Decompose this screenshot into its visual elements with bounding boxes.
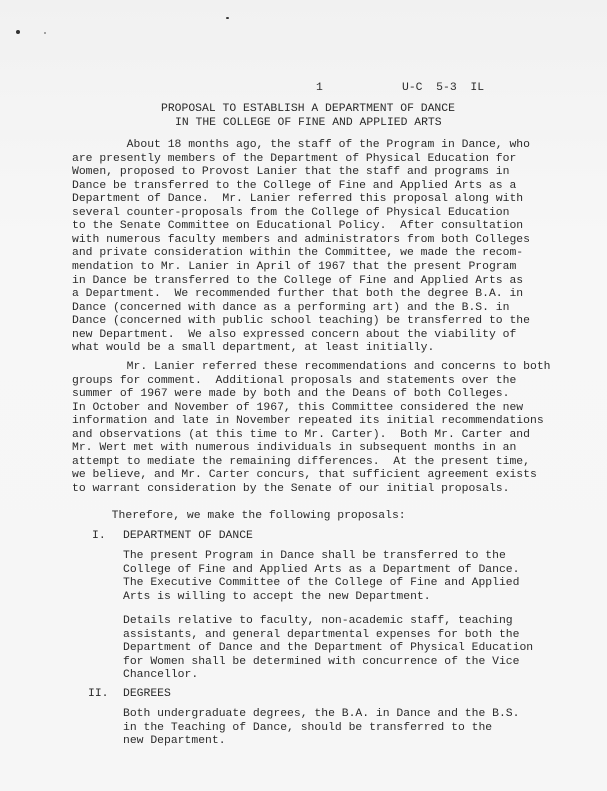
paragraph-1-line: with numerous faculty members and admini… [72, 234, 530, 248]
paragraph-2-line: Mr. Wert met with numerous individuals i… [72, 442, 516, 456]
section-heading: DEGREES [123, 688, 171, 702]
paragraph-1-line: several counter-proposals from the Colle… [72, 207, 509, 221]
paragraph-1-line: to the Senate Committee on Educational P… [72, 220, 523, 234]
document-page: 1 U-C 5-3 IL PROPOSAL TO ESTABLISH A DEP… [0, 0, 607, 791]
document-title-line-2: IN THE COLLEGE OF FINE AND APPLIED ARTS [175, 117, 442, 131]
section-paragraph-line: in the Teaching of Dance, should be tran… [123, 722, 492, 736]
paragraph-2-line: summer of 1967 were made by both and the… [72, 388, 509, 402]
section-paragraph-line: new Department. [123, 735, 226, 749]
paragraph-1-line: Dance be transferred to the College of F… [72, 180, 516, 194]
punch-mark [16, 30, 20, 34]
section-paragraph-line: The Executive Committee of the College o… [123, 577, 519, 591]
page-number: 1 [316, 82, 323, 94]
paper-crease [0, 0, 41, 11]
section-paragraph-line: Arts is willing to accept the new Depart… [123, 591, 431, 605]
paragraph-1-line: new Department. We also expressed concer… [72, 329, 516, 343]
paragraph-2-line: to warrant consideration by the Senate o… [72, 483, 509, 497]
section-paragraph-line: for Women shall be determined with concu… [123, 656, 519, 670]
section-paragraph-line: College of Fine and Applied Arts as a De… [123, 564, 519, 578]
paragraph-1-line: and private consideration within the Com… [72, 247, 523, 261]
paragraph-1-line: Department of Dance. Mr. Lanier referred… [72, 193, 523, 207]
section-paragraph-line: The present Program in Dance shall be tr… [123, 550, 506, 564]
section-numeral: II. [88, 688, 109, 702]
proposals-intro: Therefore, we make the following proposa… [57, 510, 406, 524]
paragraph-1-line: a Department. We recommended further tha… [72, 288, 523, 302]
paragraph-2-line: information and late in November repeate… [72, 415, 544, 429]
paragraph-1-line: are presently members of the Department … [72, 153, 516, 167]
ink-speck [226, 17, 229, 19]
section-paragraph-line: Chancellor. [123, 669, 198, 683]
section-paragraph-line: assistants, and general departmental exp… [123, 629, 519, 643]
paragraph-2-line: groups for comment. Additional proposals… [72, 375, 516, 389]
section-paragraph-line: Both undergraduate degrees, the B.A. in … [123, 708, 519, 722]
paragraph-2-line: Mr. Lanier referred these recommendation… [72, 361, 551, 375]
paragraph-1-line: Dance (concerned with public school teac… [72, 315, 530, 329]
section-heading: DEPARTMENT OF DANCE [123, 530, 253, 544]
section-numeral: I. [92, 530, 106, 544]
paragraph-2-line: attempt to mediate the remaining differe… [72, 456, 530, 470]
document-code: U-C 5-3 IL [402, 82, 484, 94]
paragraph-2-line: and observations (at this time to Mr. Ca… [72, 429, 530, 443]
paragraph-1-line: what would be a small department, at lea… [72, 342, 434, 356]
paragraph-1-line: Women, proposed to Provost Lanier that t… [72, 166, 509, 180]
section-paragraph-line: Department of Dance and the Department o… [123, 642, 533, 656]
paragraph-1-line: About 18 months ago, the staff of the Pr… [72, 139, 530, 153]
paragraph-2-line: we believe, and Mr. Carter concurs, that… [72, 469, 537, 483]
paragraph-1-line: Dance (concerned with dance as a perform… [72, 302, 509, 316]
paragraph-1-line: in Dance be transferred to the College o… [72, 275, 523, 289]
section-paragraph-line: Details relative to faculty, non-academi… [123, 615, 513, 629]
document-title-line-1: PROPOSAL TO ESTABLISH A DEPARTMENT OF DA… [161, 103, 455, 117]
paragraph-1-line: mendation to Mr. Lanier in April of 1967… [72, 261, 516, 275]
punch-mark [44, 32, 46, 34]
paragraph-2-line: In October and November of 1967, this Co… [72, 402, 523, 416]
